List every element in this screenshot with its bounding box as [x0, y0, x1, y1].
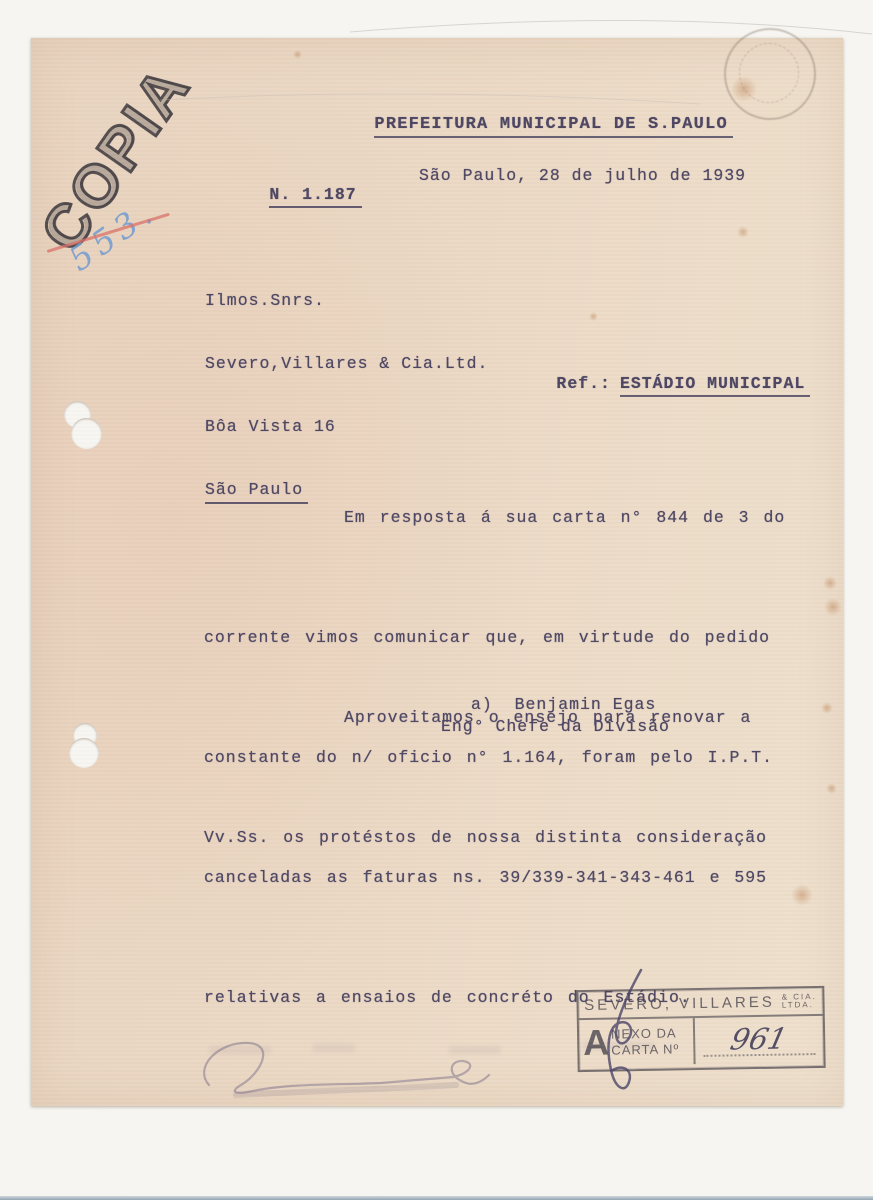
date-line: São Paulo, 28 de julho de 1939	[419, 166, 746, 185]
letter-paper: COPIA 553. PREFEITURA MUNICIPAL DE S.PAU…	[31, 38, 843, 1106]
recipient-line: Severo,Villares & Cia.Ltd.	[205, 353, 488, 374]
body-paragraph-2: Aproveitamos o ensejo para renovar a Vv.…	[204, 618, 767, 938]
received-stamp-number-cell: 961	[695, 1016, 824, 1064]
body-line: Vv.Ss. os protéstos de nossa distinta co…	[204, 818, 767, 858]
body-line: Em resposta á sua carta n° 844 de 3 do	[204, 498, 785, 538]
reference-line: Ref.:ESTÁDIO MUNICIPAL	[491, 355, 810, 416]
stain	[791, 884, 813, 906]
stain	[826, 783, 837, 794]
scanner-edge	[0, 1196, 873, 1200]
ink-scribble	[579, 968, 669, 1103]
signature-name: a) Benjamin Egas	[471, 695, 656, 714]
stain	[824, 598, 842, 616]
signature-title: Eng° Chefe da Divisão	[441, 717, 670, 736]
reference-subject: ESTÁDIO MUNICIPAL	[620, 374, 810, 397]
received-stamp-company-suffix: & CIA. LTDA.	[782, 993, 817, 1010]
punch-hole	[71, 418, 102, 449]
carta-number-handwritten: 961	[728, 1024, 790, 1053]
letter-number: N. 1.187	[204, 166, 362, 227]
stain	[823, 576, 837, 590]
reference-label: Ref.:	[556, 374, 611, 393]
punch-hole	[69, 738, 99, 768]
scanner-scratch-lines	[0, 0, 873, 120]
recipient-line: Ilmos.Snrs.	[205, 290, 488, 311]
pencil-signature	[191, 1033, 511, 1108]
stain	[821, 702, 833, 714]
stain	[589, 312, 598, 321]
stain	[737, 226, 749, 238]
scanned-letter: COPIA 553. PREFEITURA MUNICIPAL DE S.PAU…	[0, 0, 873, 1200]
